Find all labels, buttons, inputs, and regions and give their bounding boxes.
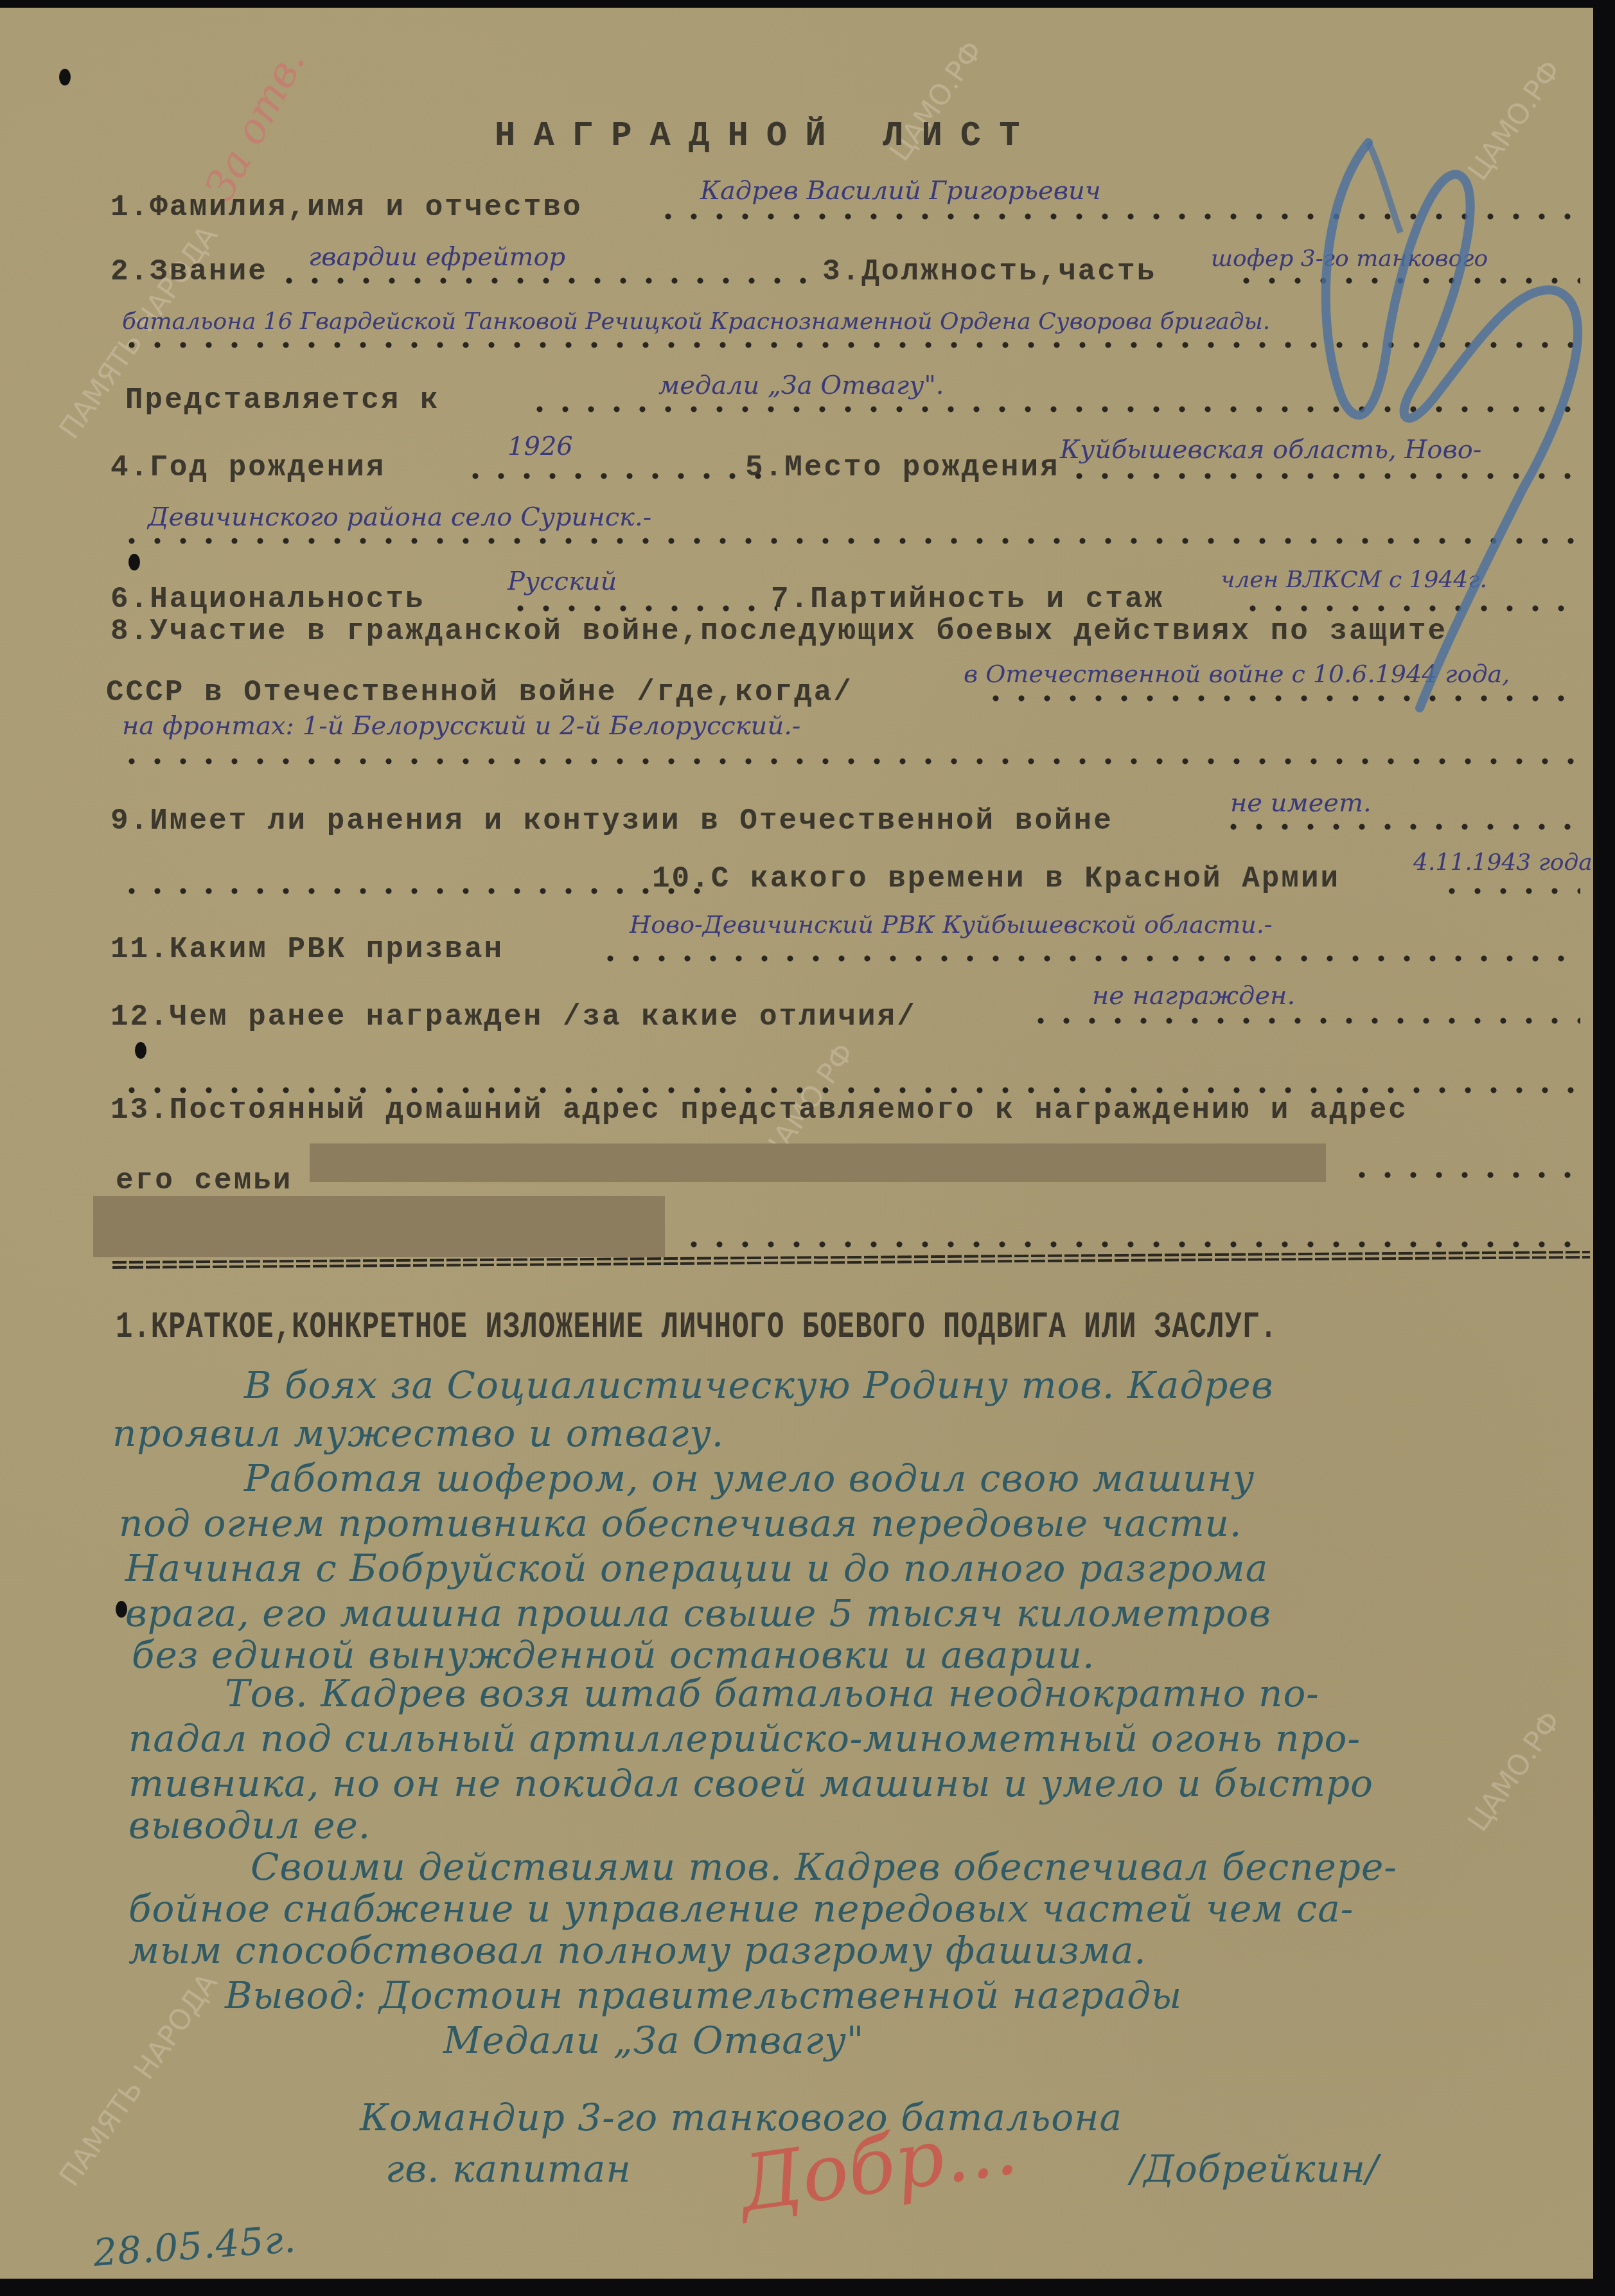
field-label-family: его семьи (116, 1164, 292, 1197)
dot-leader (1349, 1172, 1580, 1178)
dot-leader (1439, 888, 1580, 894)
narrative-line: Работая шофером, он умело водил свою маш… (244, 1456, 1255, 1500)
field-value-army-since: 4.11.1943 года (1413, 849, 1593, 876)
redaction-block (93, 1196, 665, 1257)
dot-leader (463, 473, 764, 479)
narrative-line: бойное снабжение и управление передовых … (128, 1887, 1354, 1930)
narrative-award: Медали „За Отвагу" (443, 2018, 865, 2062)
award-sheet-paper: ЦАМО.РФ ЦАМО.РФ ЦАМО.РФ ЦАМО.РФ ПАМЯТЬ Н… (0, 8, 1593, 2279)
narrative-line: мым способствовал полному разгрому фашиз… (128, 1929, 1147, 1972)
narrative-line: врага, его машина прошла свыше 5 тысяч к… (125, 1591, 1271, 1635)
dot-leader (119, 342, 1584, 348)
document-date: 28.05.45г. (92, 2217, 297, 2275)
redaction-block (310, 1144, 1326, 1182)
field-label-service-cont: СССР в Отечественной войне /где,когда/ (106, 676, 853, 709)
field-label-address: 13.Постоянный домашний адрес представляе… (110, 1093, 1408, 1127)
field-label-name: 1.Фамилия,имя и отчество (110, 191, 583, 224)
dot-leader (1028, 1018, 1580, 1024)
field-value-prior-awards: не награжден. (1092, 981, 1295, 1011)
field-value-birth-year: 1926 (507, 432, 573, 461)
dot-leader (1240, 605, 1580, 612)
field-label-army-since: 10.С какого времени в Красной Армии (652, 862, 1340, 896)
dot-leader (119, 758, 1584, 764)
dot-leader (119, 1087, 1584, 1093)
field-label-party: 7.Партийность и стаж (771, 583, 1164, 616)
watermark: ЦАМО.РФ (1461, 55, 1567, 187)
field-value-fronts: на фронтах: 1-й Белорусский и 2-й Белору… (122, 711, 800, 741)
watermark: ЦАМО.РФ (1461, 1706, 1567, 1838)
field-label-wounds: 9.Имеет ли ранения и контузии в Отечеств… (110, 804, 1113, 838)
field-label-birth-year: 4.Год рождения (110, 451, 385, 484)
dot-leader (681, 1241, 1580, 1248)
dot-leader (119, 538, 1584, 544)
punch-hole (59, 69, 71, 85)
dot-leader (1066, 473, 1580, 479)
field-value-name: Кадрев Василий Григорьевич (700, 176, 1101, 206)
field-value-position: шофер 3-го танкового (1211, 245, 1488, 272)
narrative-line: Тов. Кадрев возя штаб батальона неоднокр… (225, 1672, 1319, 1715)
field-label-prior-awards: 12.Чем ранее награжден /за какие отличия… (110, 1000, 917, 1034)
signatory-rank: гв. капитан (385, 2147, 631, 2191)
narrative-line: Своими действиями тов. Кадрев обеспечива… (251, 1845, 1397, 1889)
field-value-birthplace: Куйбышевская область, Ново- (1060, 435, 1481, 464)
field-value-draft-office: Ново-Девичинский РВК Куйбышевской област… (630, 910, 1273, 939)
field-value-award: медали „За Отвагу". (658, 371, 944, 400)
narrative-line: падал под сильный артиллерийско-минометн… (128, 1717, 1361, 1760)
dot-leader (276, 278, 816, 284)
field-label-birthplace: 5.Место рождения (745, 451, 1060, 484)
dot-leader (527, 406, 1580, 412)
watermark: ПАМЯТЬ НАРОДА (53, 1967, 224, 2192)
dot-leader (983, 695, 1580, 702)
field-value-nationality: Русский (507, 567, 617, 596)
narrative-line: Начиная с Бобруйской операции и до полно… (125, 1546, 1268, 1590)
field-value-party: член ВЛКСМ с 1944г. (1221, 567, 1487, 593)
dot-leader (1221, 824, 1580, 830)
field-label-nationality: 6.Национальность (110, 583, 425, 616)
field-label-service: 8.Участие в гражданской войне,последующи… (110, 615, 1447, 648)
dot-leader (597, 955, 1580, 962)
field-value-unit: батальона 16 Гвардейской Танковой Речицк… (122, 308, 1270, 335)
punch-hole (135, 1042, 146, 1059)
dot-leader (119, 888, 710, 894)
corner-note: За отв. (196, 41, 315, 208)
narrative-line: под огнем противника обеспечивая передов… (119, 1501, 1242, 1545)
field-value-service: в Отечественной войне с 10.6.1944 года, (964, 660, 1510, 688)
section-heading: 1.КРАТКОЕ,КОНКРЕТНОЕ ИЗЛОЖЕНИЕ ЛИЧНОГО Б… (116, 1307, 1278, 1349)
signatory-name: /Добрейкин/ (1131, 2147, 1379, 2191)
field-label-rank: 2.Звание (110, 255, 268, 288)
field-value-wounds: не имеет. (1230, 788, 1372, 818)
dot-leader (507, 605, 777, 612)
field-label-position: 3.Должность,часть (822, 255, 1156, 288)
field-value-birthplace-cont: Девичинского района село Суринск.- (148, 502, 651, 532)
narrative-line: выводил ее. (128, 1803, 371, 1847)
field-label-presented: Представляется к (125, 384, 440, 417)
field-value-rank: гвардии ефрейтор (308, 242, 565, 272)
narrative-line: тивника, но он не покидал своей машины и… (128, 1762, 1373, 1805)
narrative-line: проявил мужество и отвагу. (112, 1411, 724, 1455)
document-title: НАГРАДНОЙ ЛИСТ (495, 117, 1038, 156)
punch-hole (128, 554, 140, 570)
field-label-draft-office: 11.Каким РВК призван (110, 933, 504, 966)
dot-leader (655, 213, 1580, 220)
dot-leader (1233, 278, 1580, 284)
narrative-conclusion: Вывод: Достоин правительственной награды (225, 1974, 1182, 2017)
narrative-line: В боях за Социалистическую Родину тов. К… (244, 1363, 1273, 1407)
narrative-line: без единой вынужденной остановки и авари… (132, 1633, 1095, 1677)
